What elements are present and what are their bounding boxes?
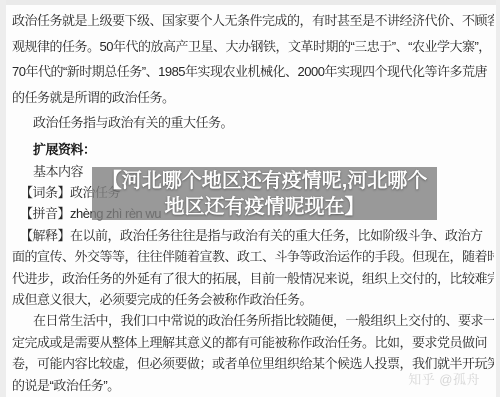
paragraph-line: 的任务就是所谓的政治任务。: [12, 85, 494, 111]
paragraph-line: 成但意义很大，必须要完成的任务会被称作政治任务。: [12, 289, 494, 310]
expand-material-heading: 扩展资料：: [12, 139, 494, 161]
paragraph-line: 70年代的“新时期总任务”、1985年实现农业机械化、2000年实现四个现代化等…: [12, 59, 494, 85]
paragraph-line: 面的宣传、外交等等，往往伴随着宣教、政工、斗争等政治运作的手段。但现在，随着时: [12, 246, 494, 267]
video-caption-overlay: 【河北哪个地区还有疫情呢,河北哪个 地区还有疫情呢现在】: [92, 167, 437, 220]
paragraph-line: 政治任务就是上级要下级、国家要个人无条件完成的，有时甚至是不讲经济代价、不顾客: [12, 8, 494, 34]
paragraph-line: 定完成或是需要从整体上理解其意义的都有可能被称作政治任务。比如，要求党员做问: [12, 332, 494, 353]
caption-title-line: 地区还有疫情呢现在】: [165, 194, 365, 220]
zhihu-watermark: 知乎 @孤舟: [408, 369, 480, 388]
paragraph-line: 在日常生活中，我们口中常说的政治任务所指比较随便，一般组织上交付的、要求一: [12, 310, 494, 331]
entry-explain-line: 【解释】在以前，政治任务往往是指与政治有关的重大任务，比如阶级斗争、政治方: [12, 225, 494, 246]
paragraph-line: 代进步，政治任务的外延有了很大的拓展，目前一般情况来说，组织上交付的，比较难完: [12, 268, 494, 289]
caption-title-line: 【河北哪个地区还有疫情呢,河北哪个: [102, 168, 428, 194]
intro-paragraph: 政治任务就是上级要下级、国家要个人无条件完成的，有时甚至是不讲经济代价、不顾客 …: [12, 8, 494, 136]
paragraph-line: 观规律的任务。50年代的放高产卫星、大办钢铁，文革时期的“三忠于”、“农业学大寨…: [12, 34, 494, 60]
article-page: 政治任务就是上级要下级、国家要个人无条件完成的，有时甚至是不讲经济代价、不顾客 …: [0, 0, 500, 397]
definition-line: 政治任务指与政治有关的重大任务。: [12, 110, 494, 136]
right-margin-strip: [496, 0, 500, 397]
